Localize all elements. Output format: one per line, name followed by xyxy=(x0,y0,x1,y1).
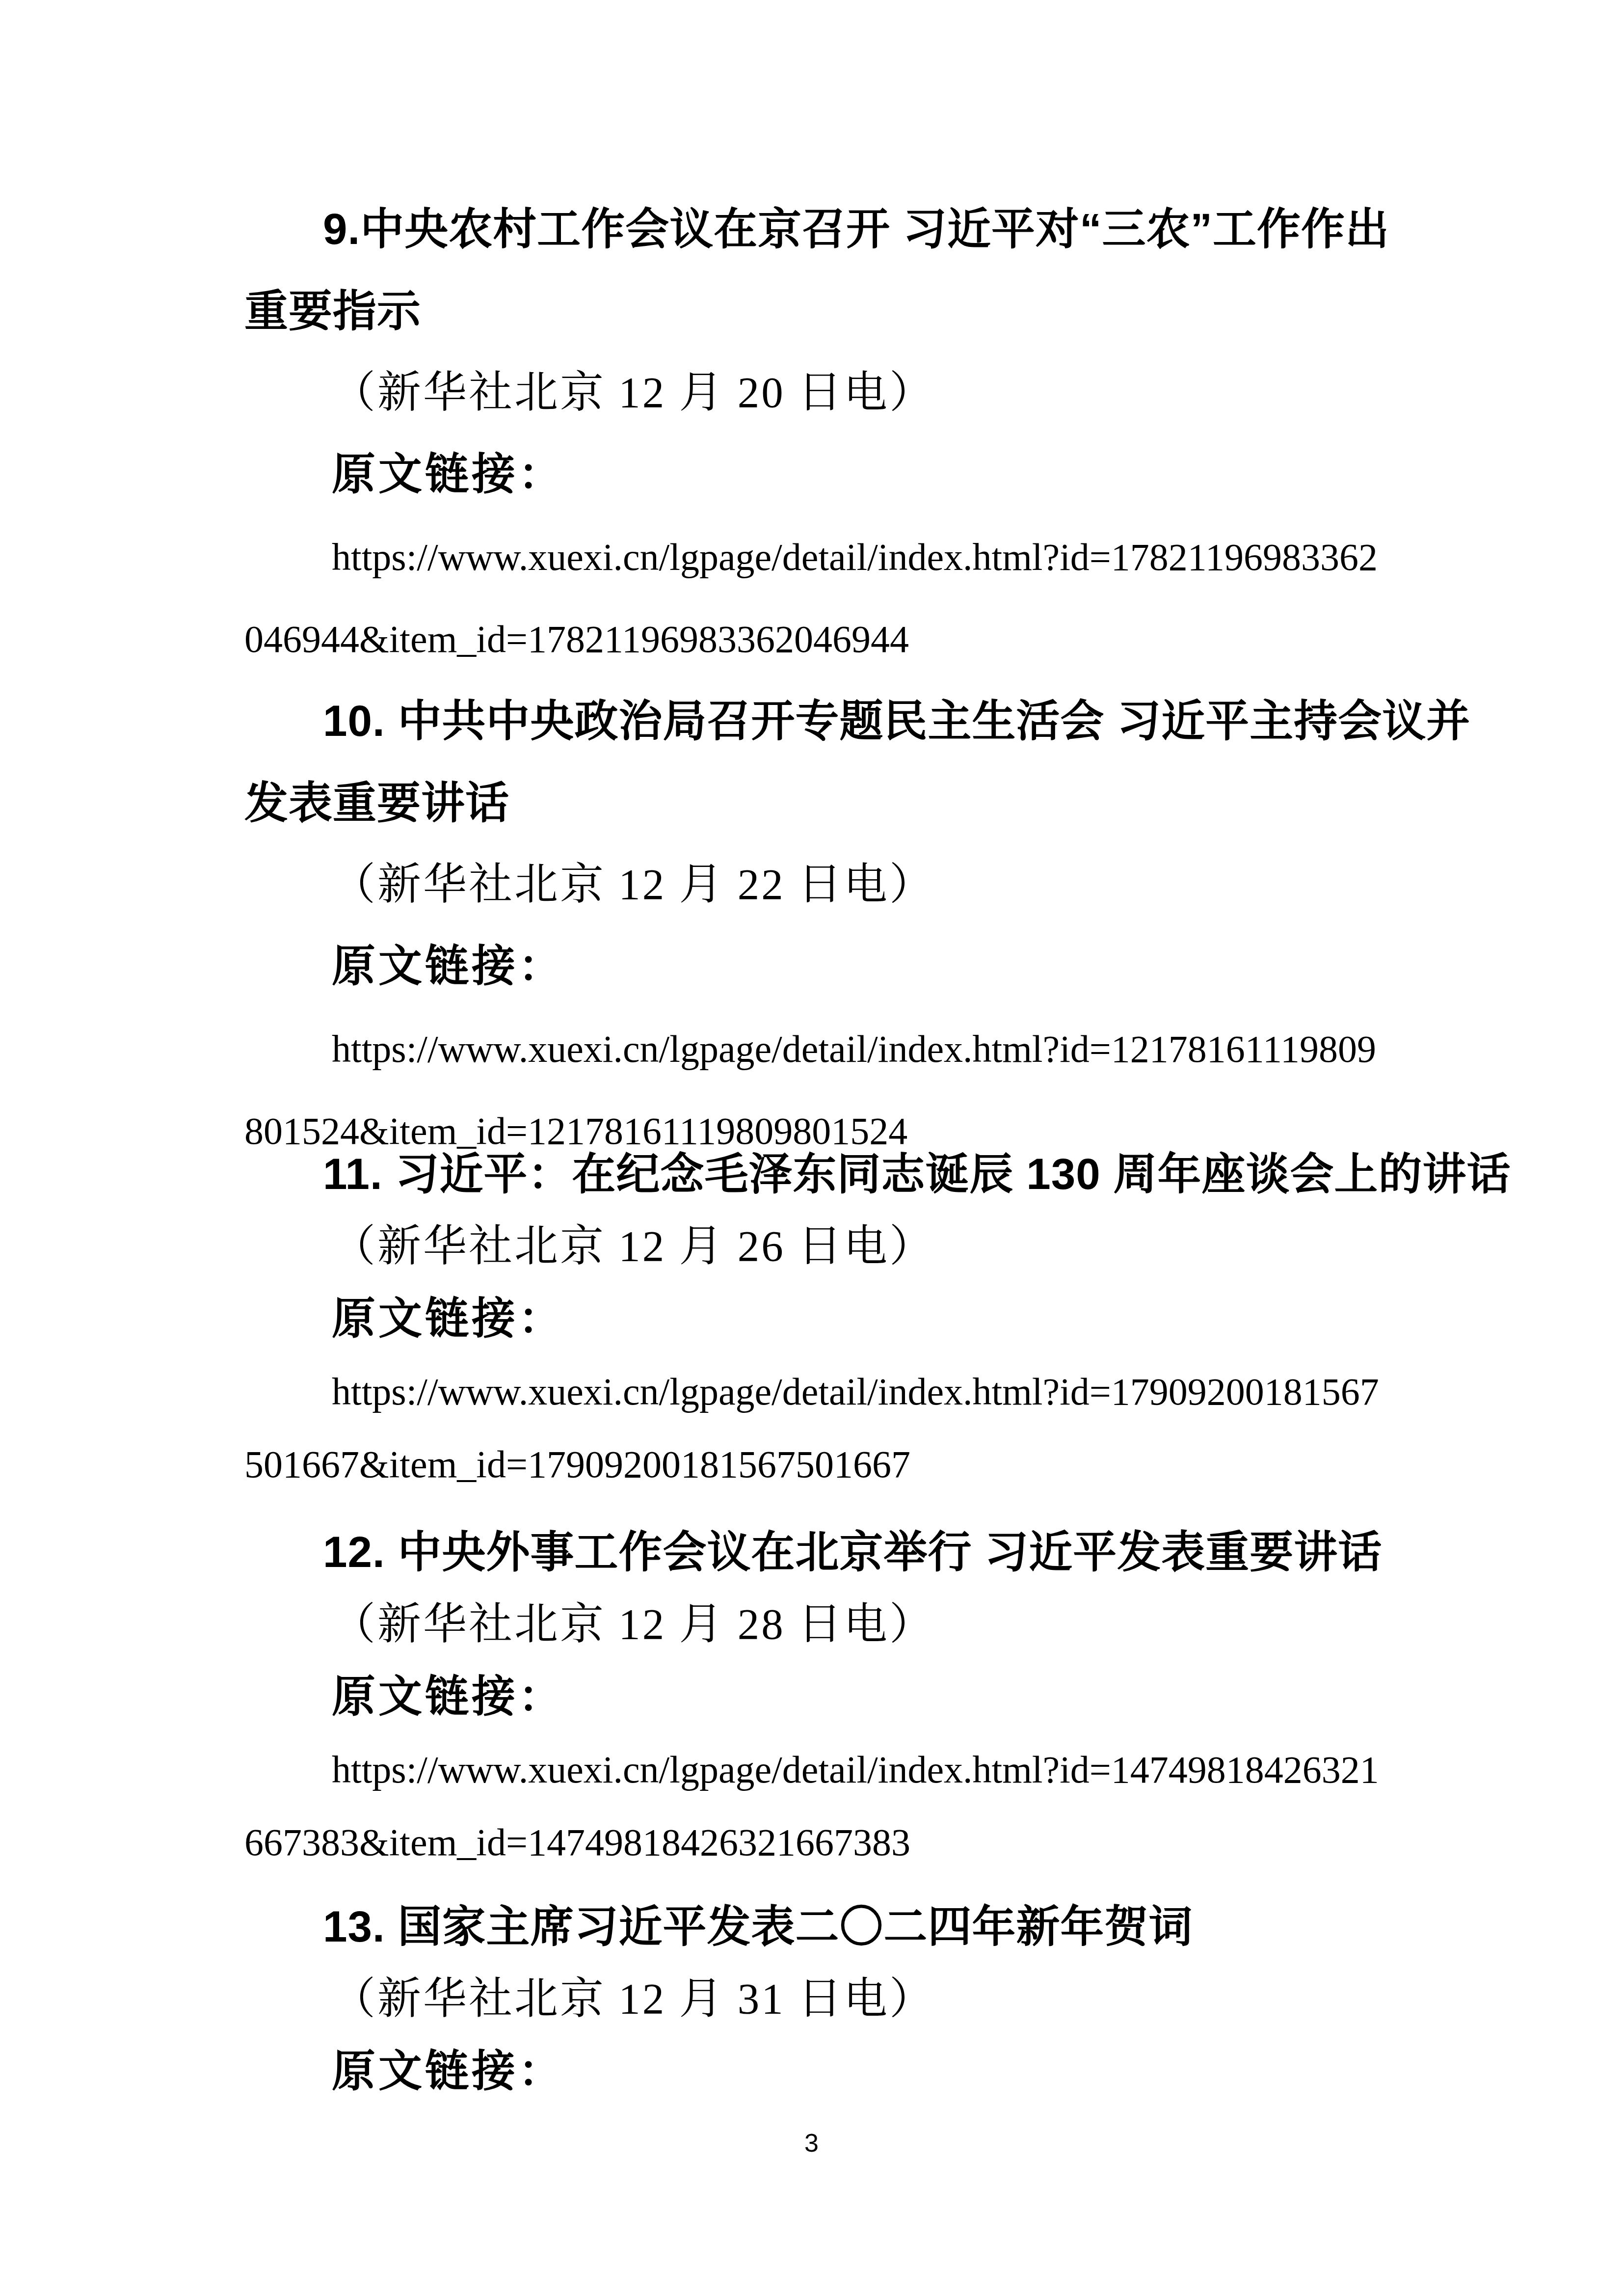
url-line[interactable]: 667383&item_id=14749818426321667383 xyxy=(244,1806,1564,1879)
document-page: 9.中央农村工作会议在京召开 习近平对“三农”工作作出 重要指示 （新华社北京 … xyxy=(0,0,1623,2296)
dateline: （新华社北京 12 月 20 日电） xyxy=(244,352,1564,434)
item-title-line: 发表重要讲话 xyxy=(244,762,1564,844)
news-item-9: 9.中央农村工作会议在京召开 习近平对“三农”工作作出 重要指示 （新华社北京 … xyxy=(244,188,1564,680)
url-line[interactable]: https://www.xuexi.cn/lgpage/detail/index… xyxy=(244,1008,1564,1090)
news-item-11: 11. 习近平：在纪念毛泽东同志诞辰 130 周年座谈会上的讲话 （新华社北京 … xyxy=(244,1137,1564,1501)
news-item-12: 12. 中央外事工作会议在北京举行 习近平发表重要讲话 （新华社北京 12 月 … xyxy=(244,1515,1564,1879)
news-item-13: 13. 国家主席习近平发表二〇二四年新年贺词 （新华社北京 12 月 31 日电… xyxy=(244,1890,1564,2108)
link-label: 原文链接： xyxy=(244,926,1564,1008)
url-line[interactable]: https://www.xuexi.cn/lgpage/detail/index… xyxy=(244,516,1564,598)
link-label: 原文链接： xyxy=(244,2035,1564,2108)
url-line[interactable]: https://www.xuexi.cn/lgpage/detail/index… xyxy=(244,1355,1564,1428)
url-line[interactable]: 046944&item_id=17821196983362046944 xyxy=(244,598,1564,680)
item-title-line: 重要指示 xyxy=(244,270,1564,352)
page-number: 3 xyxy=(0,2131,1623,2156)
link-label: 原文链接： xyxy=(244,434,1564,516)
dateline: （新华社北京 12 月 31 日电） xyxy=(244,1963,1564,2035)
link-label: 原文链接： xyxy=(244,1661,1564,1733)
dateline: （新华社北京 12 月 26 日电） xyxy=(244,1210,1564,1283)
url-line[interactable]: https://www.xuexi.cn/lgpage/detail/index… xyxy=(244,1733,1564,1806)
link-label: 原文链接： xyxy=(244,1283,1564,1355)
item-title-line: 10. 中共中央政治局召开专题民主生活会 习近平主持会议并 xyxy=(244,680,1564,762)
url-line[interactable]: 501667&item_id=17909200181567501667 xyxy=(244,1428,1564,1501)
item-title-line: 13. 国家主席习近平发表二〇二四年新年贺词 xyxy=(244,1890,1564,1963)
item-title-line: 9.中央农村工作会议在京召开 习近平对“三农”工作作出 xyxy=(244,188,1564,270)
dateline: （新华社北京 12 月 28 日电） xyxy=(244,1588,1564,1661)
dateline: （新华社北京 12 月 22 日电） xyxy=(244,844,1564,926)
news-item-10: 10. 中共中央政治局召开专题民主生活会 习近平主持会议并 发表重要讲话 （新华… xyxy=(244,680,1564,1172)
item-title-line: 12. 中央外事工作会议在北京举行 习近平发表重要讲话 xyxy=(244,1515,1564,1588)
item-title-line: 11. 习近平：在纪念毛泽东同志诞辰 130 周年座谈会上的讲话 xyxy=(244,1137,1564,1210)
